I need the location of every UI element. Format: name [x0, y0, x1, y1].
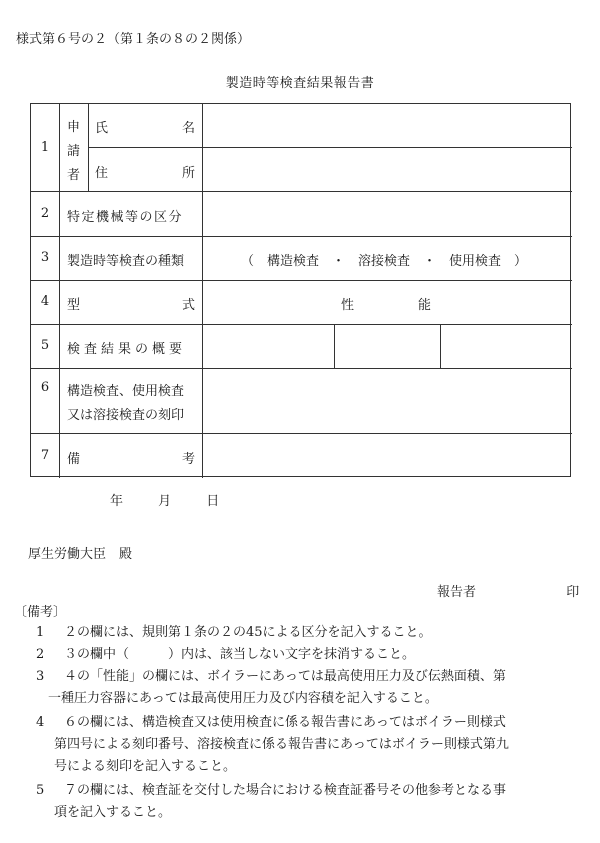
performance-label: 性能 [341, 294, 431, 313]
remarks-field[interactable] [204, 436, 568, 476]
address-label: 住所 [95, 162, 195, 181]
performance-field[interactable] [442, 282, 568, 322]
date-day-label: 日 [206, 490, 219, 509]
note-text: ４の「性能」の欄には、ボイラーにあっては最高使用圧力及び伝熱面積、第 [64, 669, 506, 684]
note-item: 4６の欄には、構造検査又は使用検査に係る報告書にあってはボイラー則様式 第四号に… [36, 712, 576, 778]
reporter-line: 報告者 印 [437, 581, 579, 600]
remarks-label-right: 考 [182, 448, 195, 467]
address-label-right: 所 [182, 162, 195, 181]
col-divider [88, 104, 89, 191]
col-divider [202, 104, 203, 478]
note-text: ３の欄中（ ）内は、該当しない文字を抹消すること。 [64, 647, 415, 662]
row-divider [31, 191, 572, 192]
result-summary-field[interactable] [204, 326, 568, 366]
machine-category-field[interactable] [204, 194, 568, 234]
row-number: 2 [31, 206, 59, 221]
note-number: 3 [36, 666, 64, 688]
date-line: 年 月 日 [110, 490, 219, 509]
name-label-right: 名 [182, 117, 195, 136]
model-label: 型式 [67, 294, 195, 313]
row-divider [31, 236, 572, 237]
name-label: 氏名 [95, 117, 195, 136]
note-text-cont: 一種圧力容器にあっては最高使用圧力及び内容積を記入すること。 [48, 691, 438, 706]
remarks-label-left: 備 [67, 448, 80, 467]
name-label-left: 氏 [95, 117, 108, 136]
row-number: 4 [31, 294, 59, 309]
performance-label-right: 能 [418, 294, 431, 313]
row-divider [31, 324, 572, 325]
inspection-type-options[interactable]: （ 構造検査 ・ 溶接検査 ・ 使用検査 ） [241, 250, 527, 269]
row-number: 5 [31, 338, 59, 353]
row-number: 7 [31, 448, 59, 463]
machine-category-label: 特定機械等の区分 [67, 206, 183, 225]
date-year-label: 年 [110, 490, 154, 509]
row-number: 3 [31, 250, 59, 265]
note-number: 4 [36, 712, 64, 734]
document-title: 製造時等検査結果報告書 [0, 72, 600, 91]
row-divider [88, 147, 572, 148]
stamp-label-line1: 構造検査、使用検査 [67, 380, 184, 399]
name-field[interactable] [204, 106, 568, 146]
note-text: ２の欄には、規則第１条の２の45による区分を記入すること。 [64, 625, 432, 640]
inspection-type-label: 製造時等検査の種類 [67, 250, 184, 269]
row-divider [31, 368, 572, 369]
note-text-cont: 第四号による刻印番号、溶接検査に係る報告書にあってはボイラー則様式第九 [54, 737, 509, 752]
row-divider [31, 280, 572, 281]
note-text: ７の欄には、検査証を交付した場合における検査証番号その他参考となる事 [64, 783, 506, 798]
note-number: 1 [36, 622, 64, 644]
note-text: ６の欄には、構造検査又は使用検査に係る報告書にあってはボイラー則様式 [64, 715, 506, 730]
model-label-left: 型 [67, 294, 80, 313]
address-field[interactable] [204, 150, 568, 190]
row-divider [31, 433, 572, 434]
performance-label-left: 性 [341, 294, 354, 313]
report-form-table: 1 申 請 者 氏名 住所 2 特定機械等の区分 3 製造時等検査の種類 （ 構… [30, 103, 571, 477]
col-divider [59, 104, 60, 478]
date-month-label: 月 [158, 490, 202, 509]
row-number: 6 [31, 380, 59, 395]
result-summary-label: 検査結果の概要 [67, 338, 186, 357]
applicant-label-char: 請 [67, 140, 80, 159]
address-label-left: 住 [95, 162, 108, 181]
applicant-label-char: 申 [67, 116, 80, 135]
note-number: 2 [36, 644, 64, 666]
note-item: 3４の「性能」の欄には、ボイラーにあっては最高使用圧力及び伝熱面積、第 一種圧力… [36, 666, 576, 710]
stamp-label-line2: 又は溶接検査の刻印 [67, 404, 184, 423]
note-number: 5 [36, 780, 64, 802]
note-text-cont: 項を記入すること。 [54, 805, 171, 820]
applicant-label-char: 者 [67, 164, 80, 183]
seal-label: 印 [566, 585, 579, 600]
form-number: 様式第６号の２（第１条の８の２関係） [16, 28, 250, 47]
note-item: 1２の欄には、規則第１条の２の45による区分を記入すること。 [36, 622, 576, 644]
model-field[interactable] [204, 282, 332, 322]
model-label-right: 式 [182, 294, 195, 313]
reporter-label: 報告者 [437, 585, 476, 600]
notes-title: 〔備考〕 [14, 601, 66, 620]
note-item: 2３の欄中（ ）内は、該当しない文字を抹消すること。 [36, 644, 576, 666]
stamp-field[interactable] [204, 370, 568, 430]
remarks-label: 備考 [67, 448, 195, 467]
note-text-cont: 号による刻印を記入すること。 [54, 759, 236, 774]
row-number: 1 [31, 140, 59, 155]
note-item: 5７の欄には、検査証を交付した場合における検査証番号その他参考となる事 項を記入… [36, 780, 576, 824]
addressee: 厚生労働大臣 殿 [28, 543, 132, 562]
